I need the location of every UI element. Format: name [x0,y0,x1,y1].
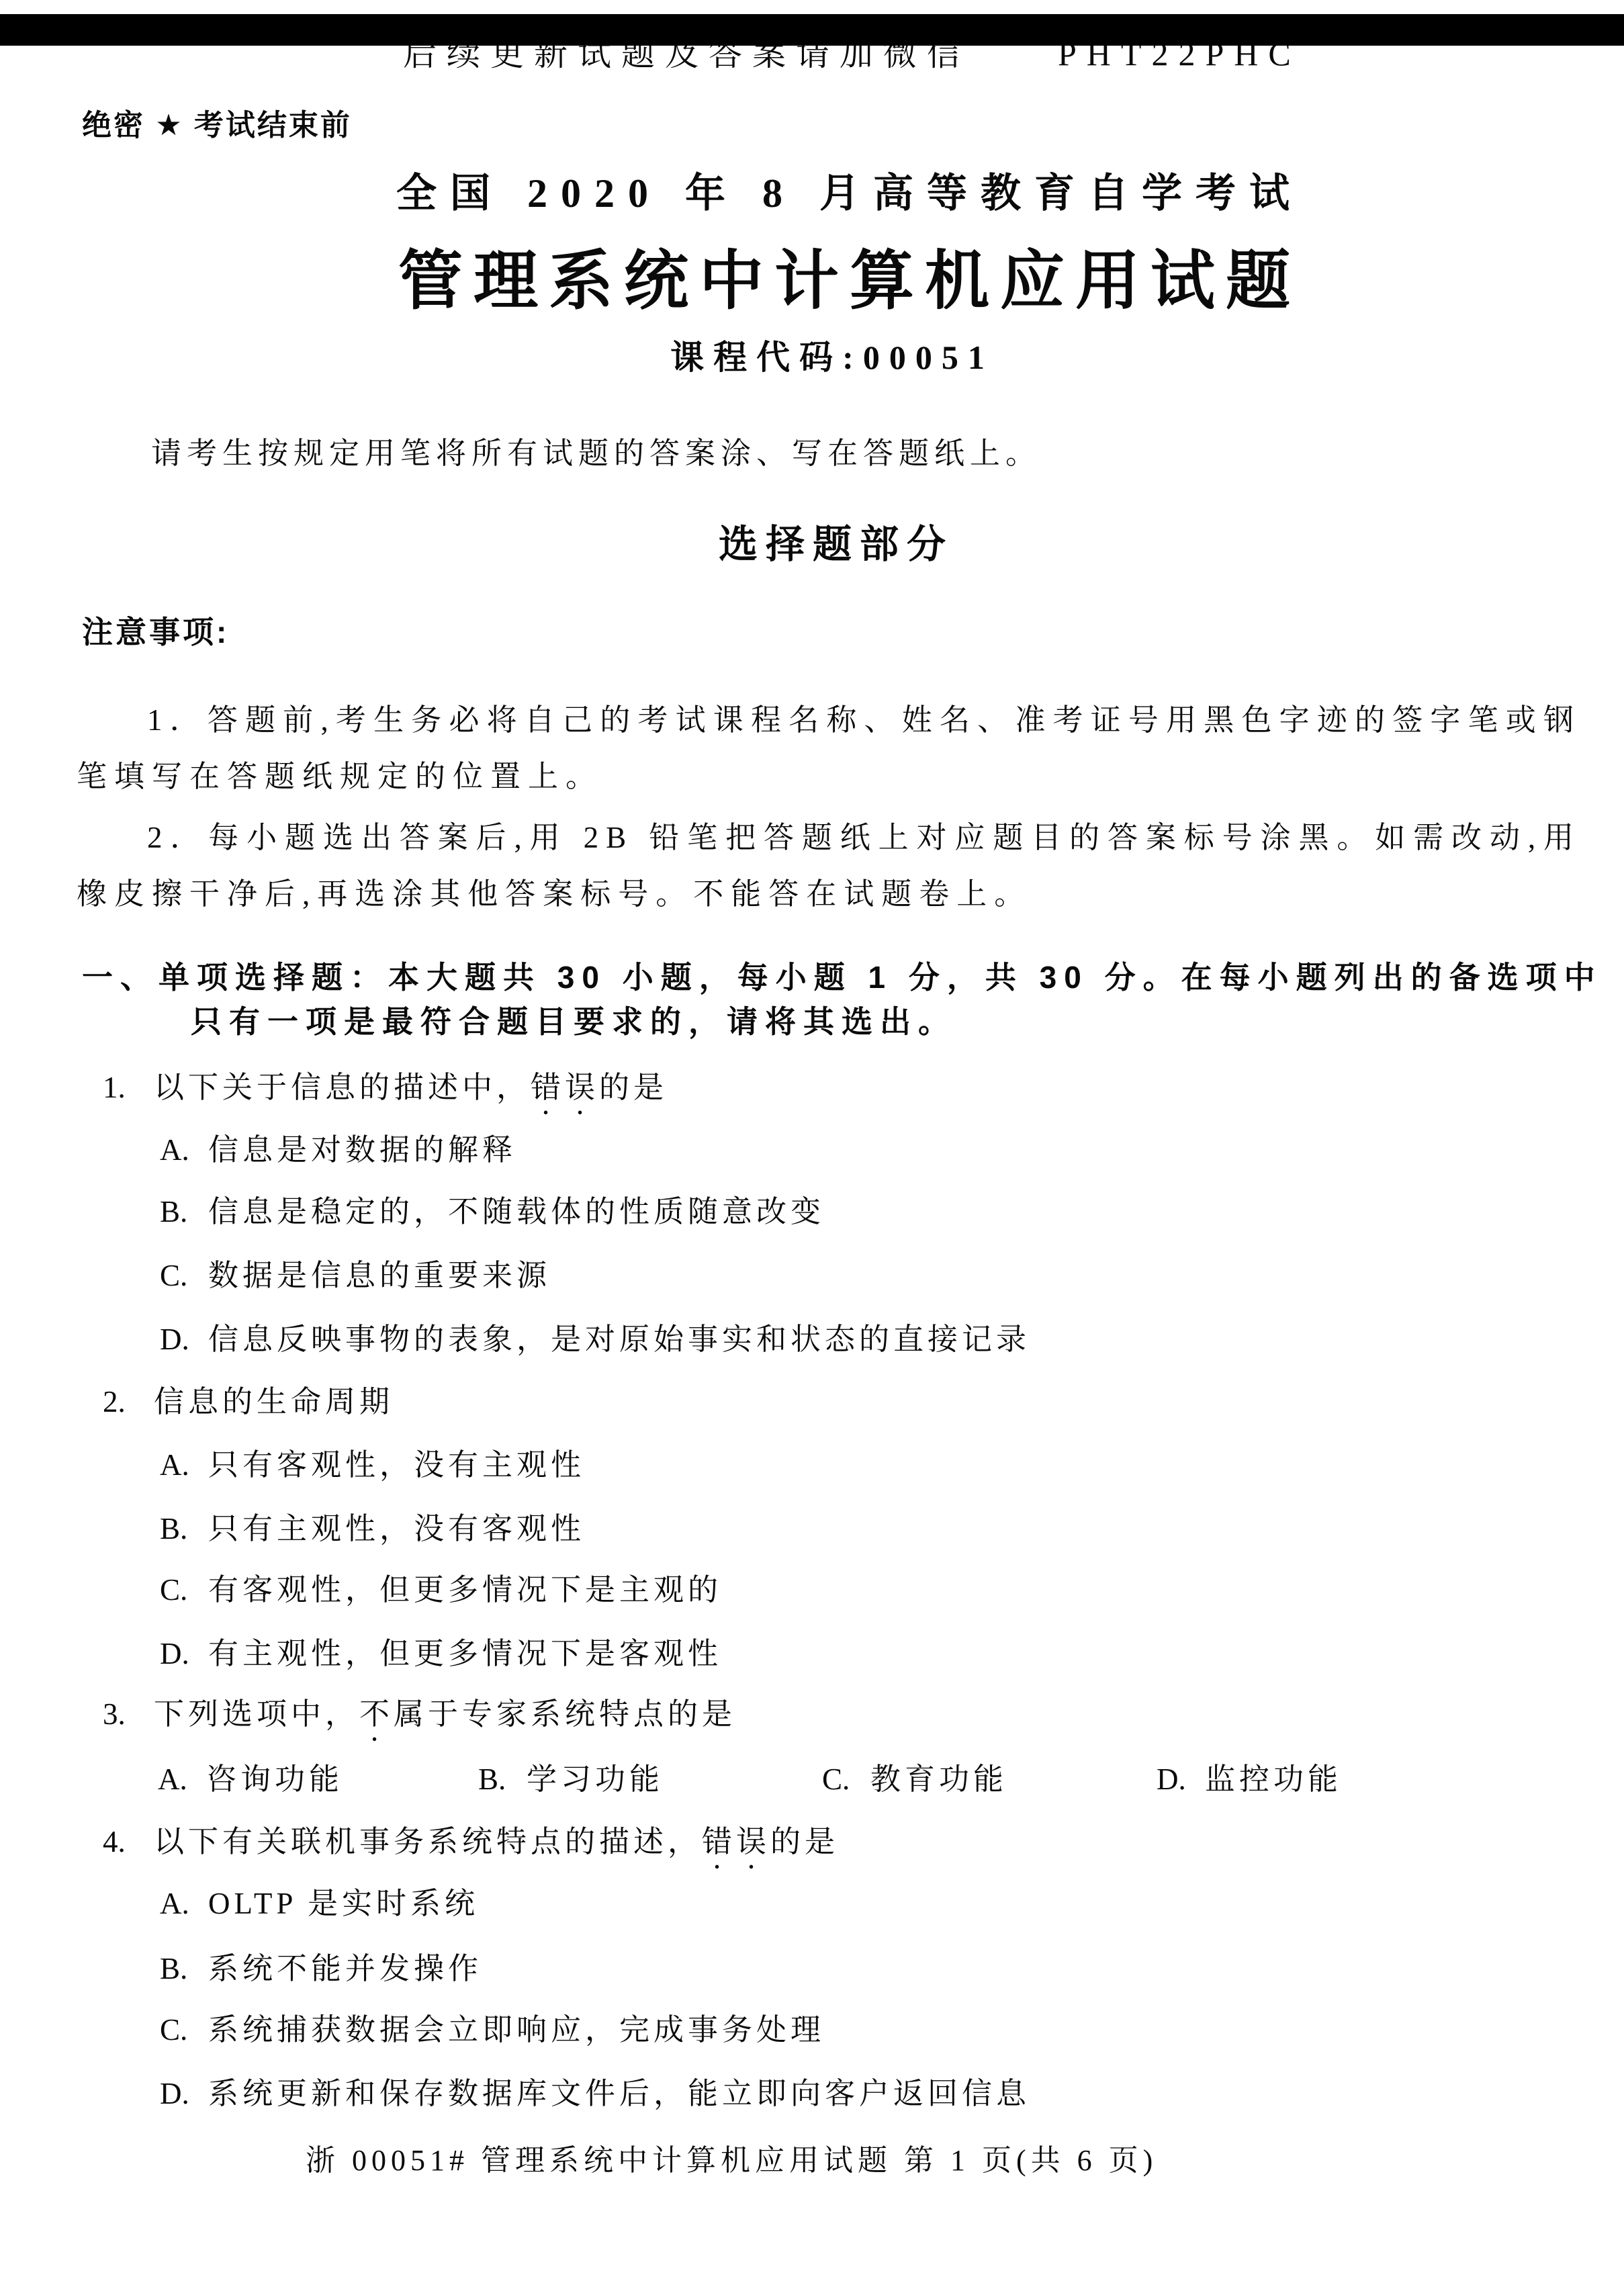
question-4-option-c: C.系统捕获数据会立即响应，完成事务处理 [160,2005,825,2049]
question-1-option-d: D.信息反映事物的表象，是对原始事实和状态的直接记录 [160,1314,1030,1358]
question-4-emphasized-word: 错误 [702,1825,770,1858]
question-4-stem-text: 以下有关联机事务系统特点的描述， [154,1825,702,1858]
option-text: 系统更新和保存数据库文件后，能立即向客户返回信息 [208,2077,1030,2110]
course-code: 课程代码:00051 [20,330,1624,379]
exam-title-line1: 全国 2020 年 8 月高等教育自学考试 [38,161,1624,219]
option-label: A. [160,1132,208,1167]
question-2-number: 2. [103,1384,154,1419]
question-3-option-d: D.监控功能 [1157,1754,1342,1798]
question-2-option-c: C.有客观性，但更多情况下是主观的 [160,1565,722,1609]
option-text: 只有主观性，没有客观性 [208,1512,585,1545]
option-text: 系统不能并发操作 [208,1952,482,1985]
question-4-stem-tail: 的是 [770,1825,839,1858]
option-text: 只有客观性，没有主观性 [208,1448,585,1482]
option-label: C. [160,1572,208,1607]
question-1-number: 1. [103,1070,154,1105]
option-text: 数据是信息的重要来源 [208,1259,551,1292]
option-label: C. [160,1258,208,1293]
exam-paper-page: 后续更新试题及答案请加微信 PHT22PHC 绝密 ★ 考试结束前 全国 202… [0,0,1624,2287]
option-text: 有客观性，但更多情况下是主观的 [208,1573,722,1607]
secrecy-label: 绝密 ★ 考试结束前 [82,101,352,144]
option-text: 信息是对数据的解释 [208,1133,516,1167]
option-text: 学习功能 [527,1762,664,1796]
question-1-option-a: A.信息是对数据的解释 [160,1125,516,1169]
notice-item-2: 2．每小题选出答案后,用 2B 铅笔把答题纸上对应题目的答案标号涂黑。如需改动,… [77,809,1581,922]
option-text: 咨询功能 [206,1762,343,1796]
question-2-stem: 2.信息的生命周期 [103,1377,394,1435]
option-text: 有主观性，但更多情况下是客观性 [208,1637,722,1670]
option-label: B. [160,1511,208,1546]
notice-item-1: 1．答题前,考生务必将自己的考试课程名称、姓名、准考证号用黑色字迹的签字笔或钢笔… [77,692,1581,805]
question-2-option-b: B.只有主观性，没有客观性 [160,1504,585,1548]
option-label: C. [160,2012,208,2047]
option-label: A. [160,1447,208,1482]
section-part-title: 选择题部分 [24,512,1624,569]
option-label: D. [160,2076,208,2111]
instruction-note: 请考生按规定用笔将所有试题的答案涂、写在答题纸上。 [151,429,1041,472]
option-label: C. [822,1762,870,1797]
question-3-stem: 3.下列选项中，不属于专家系统特点的是 [103,1689,736,1748]
question-3-number: 3. [103,1697,154,1732]
question-2-option-d: D.有主观性，但更多情况下是客观性 [160,1629,722,1672]
question-3-stem-text: 下列选项中， [154,1697,359,1731]
question-1-stem: 1.以下关于信息的描述中，错误的是 [103,1063,668,1121]
question-3-option-b: B.学习功能 [478,1754,664,1798]
page-footer: 浙 00051# 管理系统中计算机应用试题 第 1 页(共 6 页) [306,2136,1157,2179]
question-2-stem-text: 信息的生命周期 [154,1385,394,1419]
exam-title-line2: 管理系统中计算机应用试题 [38,230,1624,322]
redaction-bar [0,14,1624,46]
option-label: D. [1157,1762,1205,1797]
question-4-stem: 4.以下有关联机事务系统特点的描述，错误的是 [103,1817,839,1875]
option-label: D. [160,1636,208,1671]
question-3-emphasized-word: 不 [359,1697,394,1731]
question-3-stem-tail: 属于专家系统特点的是 [394,1697,736,1731]
option-label: B. [160,1194,208,1229]
question-3-option-a: A.咨询功能 [158,1754,343,1798]
question-1-option-c: C.数据是信息的重要来源 [160,1251,551,1294]
option-text: 监控功能 [1205,1762,1342,1796]
option-label: B. [478,1762,527,1797]
question-1-stem-tail: 的是 [599,1071,668,1104]
question-1-emphasized-word: 错误 [531,1071,599,1104]
option-label: B. [160,1951,208,1986]
option-text: 信息是稳定的，不随载体的性质随意改变 [208,1195,825,1228]
question-1-stem-text: 以下关于信息的描述中， [154,1071,531,1104]
option-text: 信息反映事物的表象，是对原始事实和状态的直接记录 [208,1322,1030,1356]
question-4-option-a: A.OLTP 是实时系统 [160,1879,479,1922]
question-4-option-d: D.系统更新和保存数据库文件后，能立即向客户返回信息 [160,2069,1030,2112]
option-label: A. [158,1762,206,1797]
option-label: D. [160,1322,208,1357]
section-one-heading-line2: 只有一项是最符合题目要求的，请将其选出。 [191,997,956,1042]
question-3-option-c: C.教育功能 [822,1754,1007,1798]
option-text: 教育功能 [870,1762,1007,1796]
question-4-number: 4. [103,1824,154,1859]
question-1-option-b: B.信息是稳定的，不随载体的性质随意改变 [160,1187,825,1230]
section-one-heading-line1: 一、单项选择题：本大题共 30 小题，每小题 1 分，共 30 分。在每小题列出… [82,953,1603,997]
question-4-option-b: B.系统不能并发操作 [160,1944,482,1987]
question-2-option-a: A.只有客观性，没有主观性 [160,1440,585,1484]
option-text: OLTP 是实时系统 [208,1887,479,1920]
notice-title: 注意事项: [82,608,229,652]
option-label: A. [160,1886,208,1921]
option-text: 系统捕获数据会立即响应，完成事务处理 [208,2013,825,2047]
